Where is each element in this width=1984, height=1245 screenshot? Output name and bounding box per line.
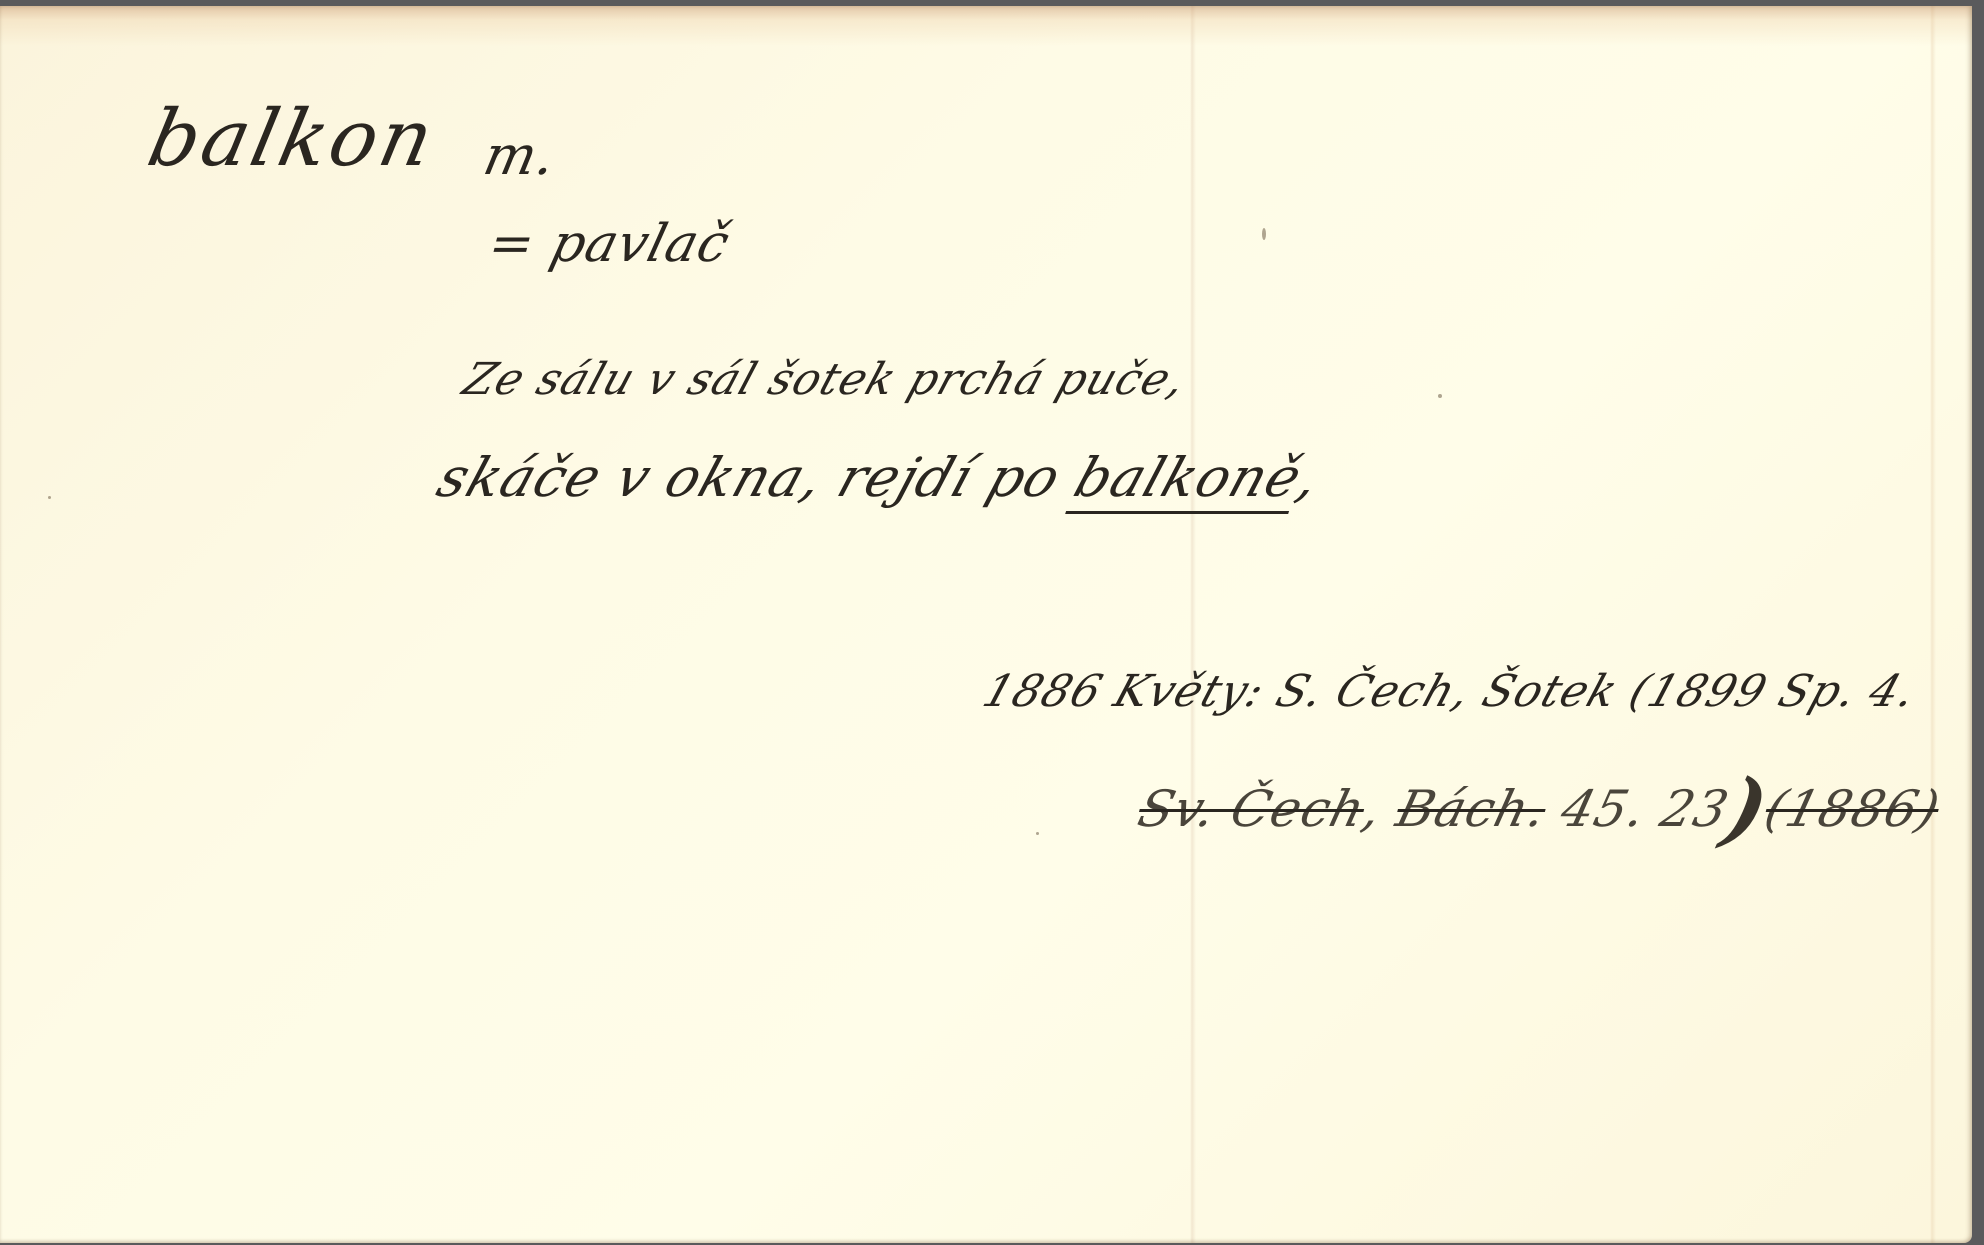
struck-work: Bách. bbox=[1391, 780, 1553, 838]
part-of-speech: m. bbox=[478, 124, 562, 187]
paper-speck bbox=[48, 496, 51, 499]
paper-speck bbox=[1262, 228, 1266, 240]
quotation-line-2-prefix: skáče v okna, rejdí po bbox=[430, 446, 1087, 509]
headword: balkon bbox=[140, 94, 443, 184]
source-line-1: 1886 Květy: S. Čech, Šotek (1899 Sp. 4. bbox=[977, 666, 1923, 717]
dictionary-card: balkon m. = pavlač Ze sálu v sál šotek p… bbox=[0, 6, 1972, 1243]
paper-speck bbox=[1438, 394, 1442, 398]
source-line-2: Sv. Čech, Bách. 45. 23)(1886) bbox=[1128, 761, 1950, 855]
source-reference: 45. 23 bbox=[1555, 780, 1735, 838]
quotation-highlighted-word: balkoně bbox=[1065, 446, 1310, 514]
synonym: = pavlač bbox=[483, 214, 736, 274]
quotation-line-2: skáče v okna, rejdí po balkoně, bbox=[430, 446, 1329, 509]
paper-speck bbox=[1036, 832, 1039, 835]
struck-author: Sv. Čech bbox=[1133, 780, 1372, 838]
quotation-line-1: Ze sálu v sál šotek prchá puče, bbox=[457, 354, 1193, 405]
struck-year: (1886) bbox=[1759, 780, 1946, 838]
